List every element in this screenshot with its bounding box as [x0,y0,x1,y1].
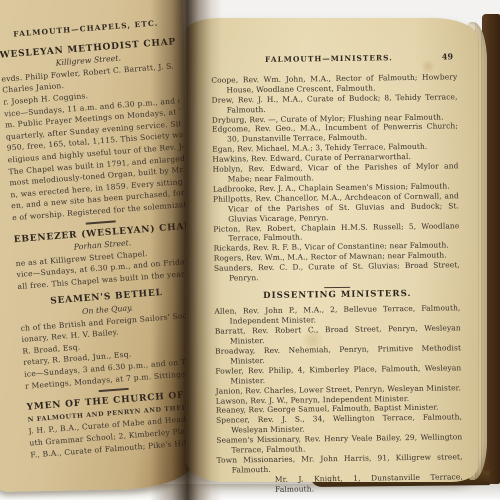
section-ebenezer-chapel: EBENEZER (WESLEYAN) CHAPEL Porhan Street… [13,221,193,292]
section-lines: evds. Philip Fowler, Robert C. Barratt, … [1,60,188,224]
right-running-head: FALMOUTH—MINISTERS. [265,53,393,65]
section-divider [86,220,116,224]
minister-entry: Saunders, Rev. C. D., Curate of St. Gluv… [214,260,460,283]
section-clergymen-church-of-england: YMEN OF THE CHURCH OF ENGLAND, N FALMOUT… [26,389,206,460]
minister-entry: Phillpotts, Rev. Chancellor, M.A., Archd… [213,191,459,224]
left-page: FALMOUTH—CHAPELS, ETC. WESLEYAN METHODIS… [0,0,193,492]
page-number: 49 [442,52,453,62]
right-page: FALMOUTH—MINISTERS. 49 Coope, Rev. Wm. J… [186,18,478,482]
dissenting-ministers-heading: DISSENTING MINISTERS. [214,290,460,303]
section-divider [324,287,350,289]
book-photo: FALMOUTH—CHAPELS, ETC. WESLEYAN METHODIS… [0,0,500,500]
section-seamens-bethel: SEAMEN'S BETHEL On the Quay. ch of the B… [18,286,201,392]
section-lines: ch of the British and Foreign Sailors' S… [20,309,201,392]
left-running-head: FALMOUTH—CHAPELS, ETC. [0,16,174,41]
section-divider [99,388,129,392]
established-ministers-list: Coope, Rev. Wm. John, M.A., Rector of Fa… [211,72,460,283]
header-spacer [393,60,442,61]
dissenting-ministers-list: Allen, Rev. John P., M.A., 2, Bellevue T… [214,304,463,496]
left-page-text: FALMOUTH—CHAPELS, ETC. WESLEYAN METHODIS… [0,16,206,462]
section-wesleyan-methodist-chapel: WESLEYAN METHODIST CHAPEL Killigrew Stre… [0,37,188,224]
right-page-header-row: FALMOUTH—MINISTERS. 49 [211,52,457,65]
minister-entry: Mr. J. Knight, 1, Dunstanville Terrace, … [217,472,463,495]
right-page-text: FALMOUTH—MINISTERS. 49 Coope, Rev. Wm. J… [211,52,463,495]
